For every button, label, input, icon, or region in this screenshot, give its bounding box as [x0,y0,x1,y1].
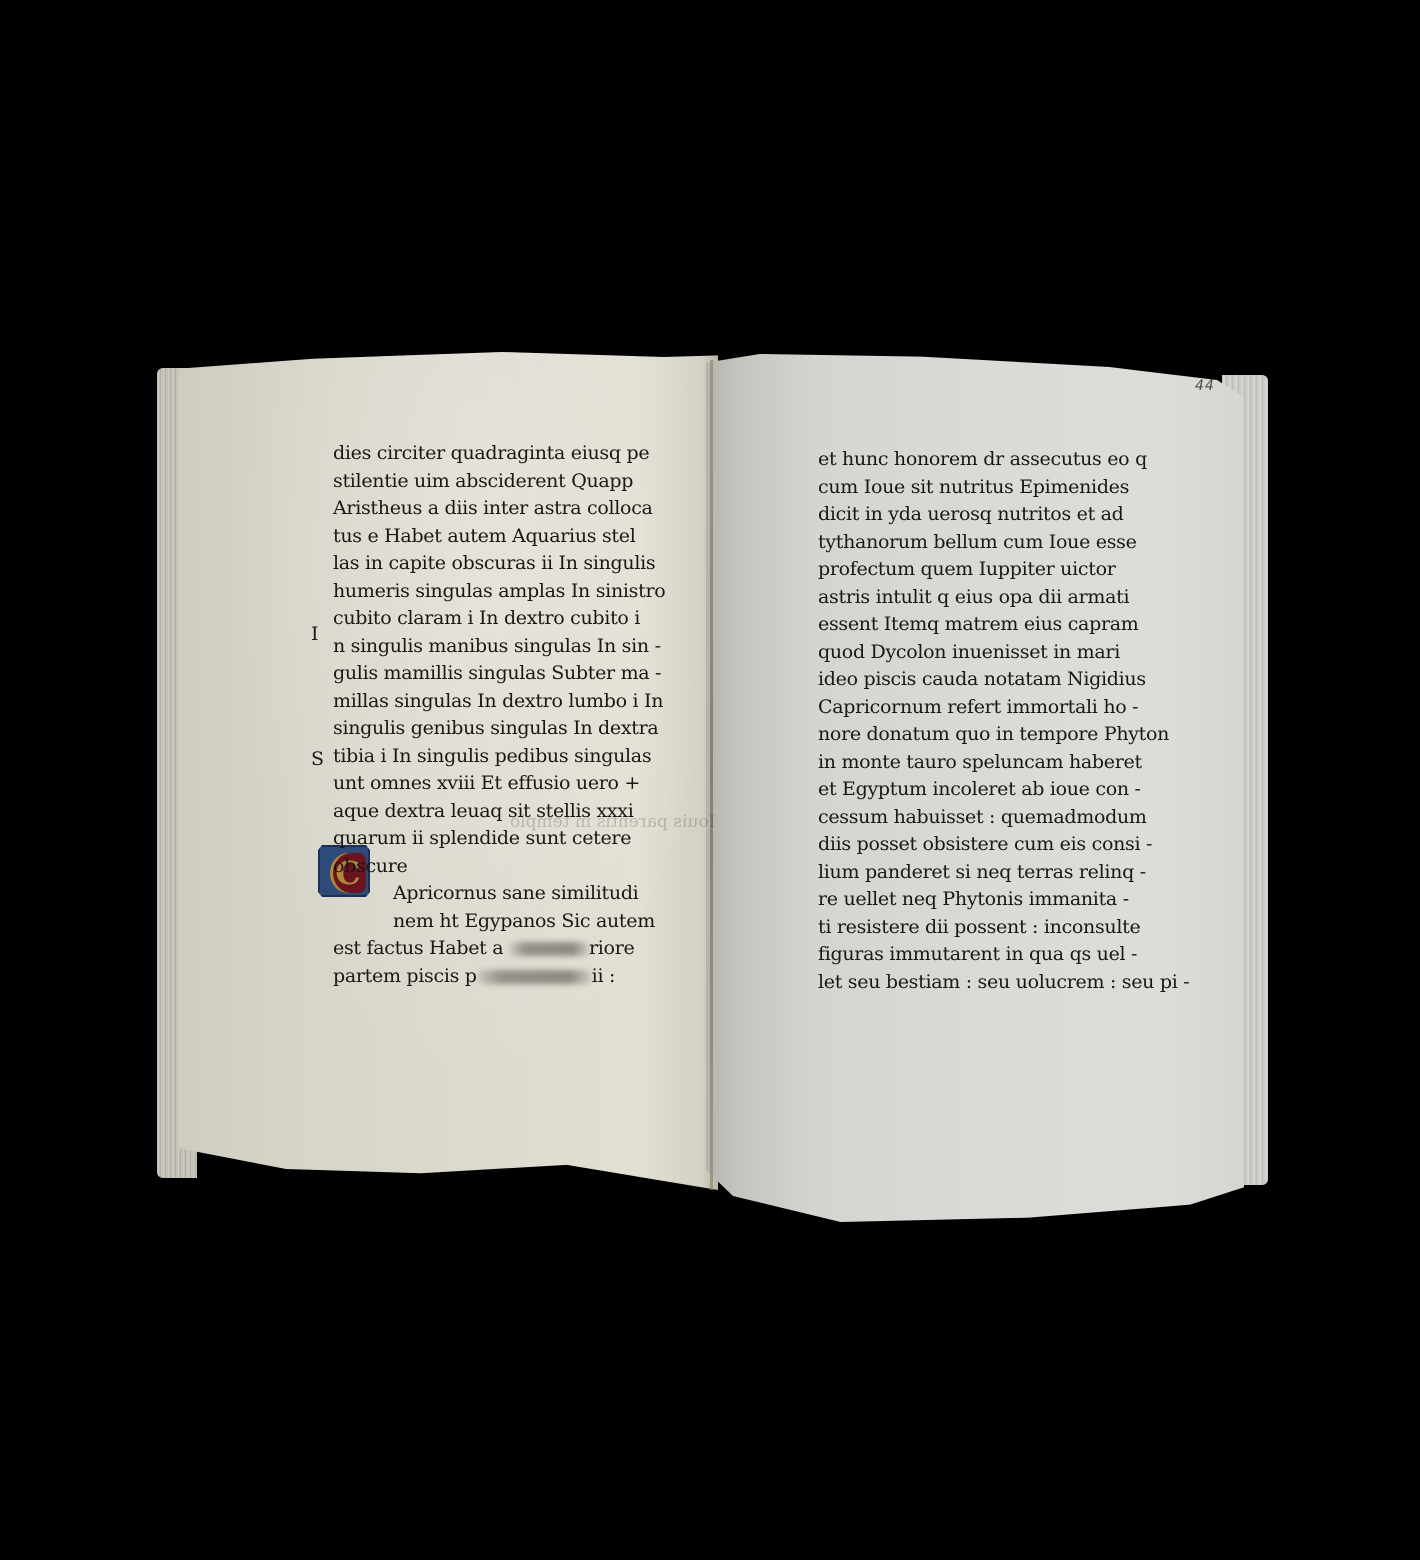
text-line: unt omnes xviii Et effusio uero + [333,770,665,798]
text-line: profectum quem Iuppiter uictor [818,556,1189,584]
text-line-redacted: est factus Habet a riore [333,935,665,963]
text-line: dicit in yda uerosq nutritos et ad [818,501,1189,529]
text-line: millas singulas In dextro lumbo i In [333,688,665,716]
text-line: quarum ii splendide sunt cetere [333,825,665,853]
text-line: et Egyptum incoleret ab ioue con - [818,776,1189,804]
text-line: humeris singulas amplas In sinistro [333,578,665,606]
text-line: dies circiter quadraginta eiusq pe [333,440,665,468]
text-line: nore donatum quo in tempore Phyton [818,721,1189,749]
text-line: cum Ioue sit nutritus Epimenides [818,474,1189,502]
text-line: astris intulit q eius opa dii armati [818,584,1189,612]
text-line: lium panderet si neq terras relinq - [818,859,1189,887]
text-line: gulis mamillis singulas Subter ma - [333,660,665,688]
margin-initial-i: I [311,623,319,645]
text-line: obscure [333,853,665,881]
redacted-region [477,970,592,984]
left-page-text: dies circiter quadraginta eiusq pe stile… [333,440,665,990]
text-line: nem ht Egypanos Sic autem [333,908,665,936]
text-line: let seu bestiam : seu uolucrem : seu pi … [818,969,1189,997]
text-line: Apricornus sane similitudi [333,880,665,908]
text-line: aque dextra leuaq sit stellis xxxi [333,798,665,826]
text-line: n singulis manibus singulas In sin - [333,633,665,661]
text-line: las in capite obscuras ii In singulis [333,550,665,578]
text-line: stilentie uim absciderent Quapp [333,468,665,496]
text-line-redacted: partem piscis pii : [333,963,665,991]
text-line: in monte tauro speluncam haberet [818,749,1189,777]
text-line: cessum habuisset : quemadmodum [818,804,1189,832]
text-line: figuras immutarent in qua qs uel - [818,941,1189,969]
text-line: essent Itemq matrem eius capram [818,611,1189,639]
text-line: Capricornum refert immortali ho - [818,694,1189,722]
margin-initial-s: S [311,748,324,770]
right-page-text: et hunc honorem dr assecutus eo q cum Io… [818,446,1189,996]
text-line: et hunc honorem dr assecutus eo q [818,446,1189,474]
text-line: Aristheus a diis inter astra colloca [333,495,665,523]
text-line: cubito claram i In dextro cubito i [333,605,665,633]
text-line: diis posset obsistere cum eis consi - [818,831,1189,859]
page-number: 44 [1195,378,1215,394]
text-line: tythanorum bellum cum Ioue esse [818,529,1189,557]
text-line: quod Dycolon inuenisset in mari [818,639,1189,667]
redacted-region [509,942,589,956]
text-line: ti resistere dii possent : inconsulte [818,914,1189,942]
book-gutter [710,360,713,1190]
text-line: re uellet neq Phytonis immanita - [818,886,1189,914]
text-line: tibia i In singulis pedibus singulas [333,743,665,771]
text-line: ideo piscis cauda notatam Nigidius [818,666,1189,694]
text-line: tus e Habet autem Aquarius stel [333,523,665,551]
text-line: singulis genibus singulas In dextra [333,715,665,743]
open-book: 44 Iouis parentis in templo I S C dies c… [0,0,1420,1560]
